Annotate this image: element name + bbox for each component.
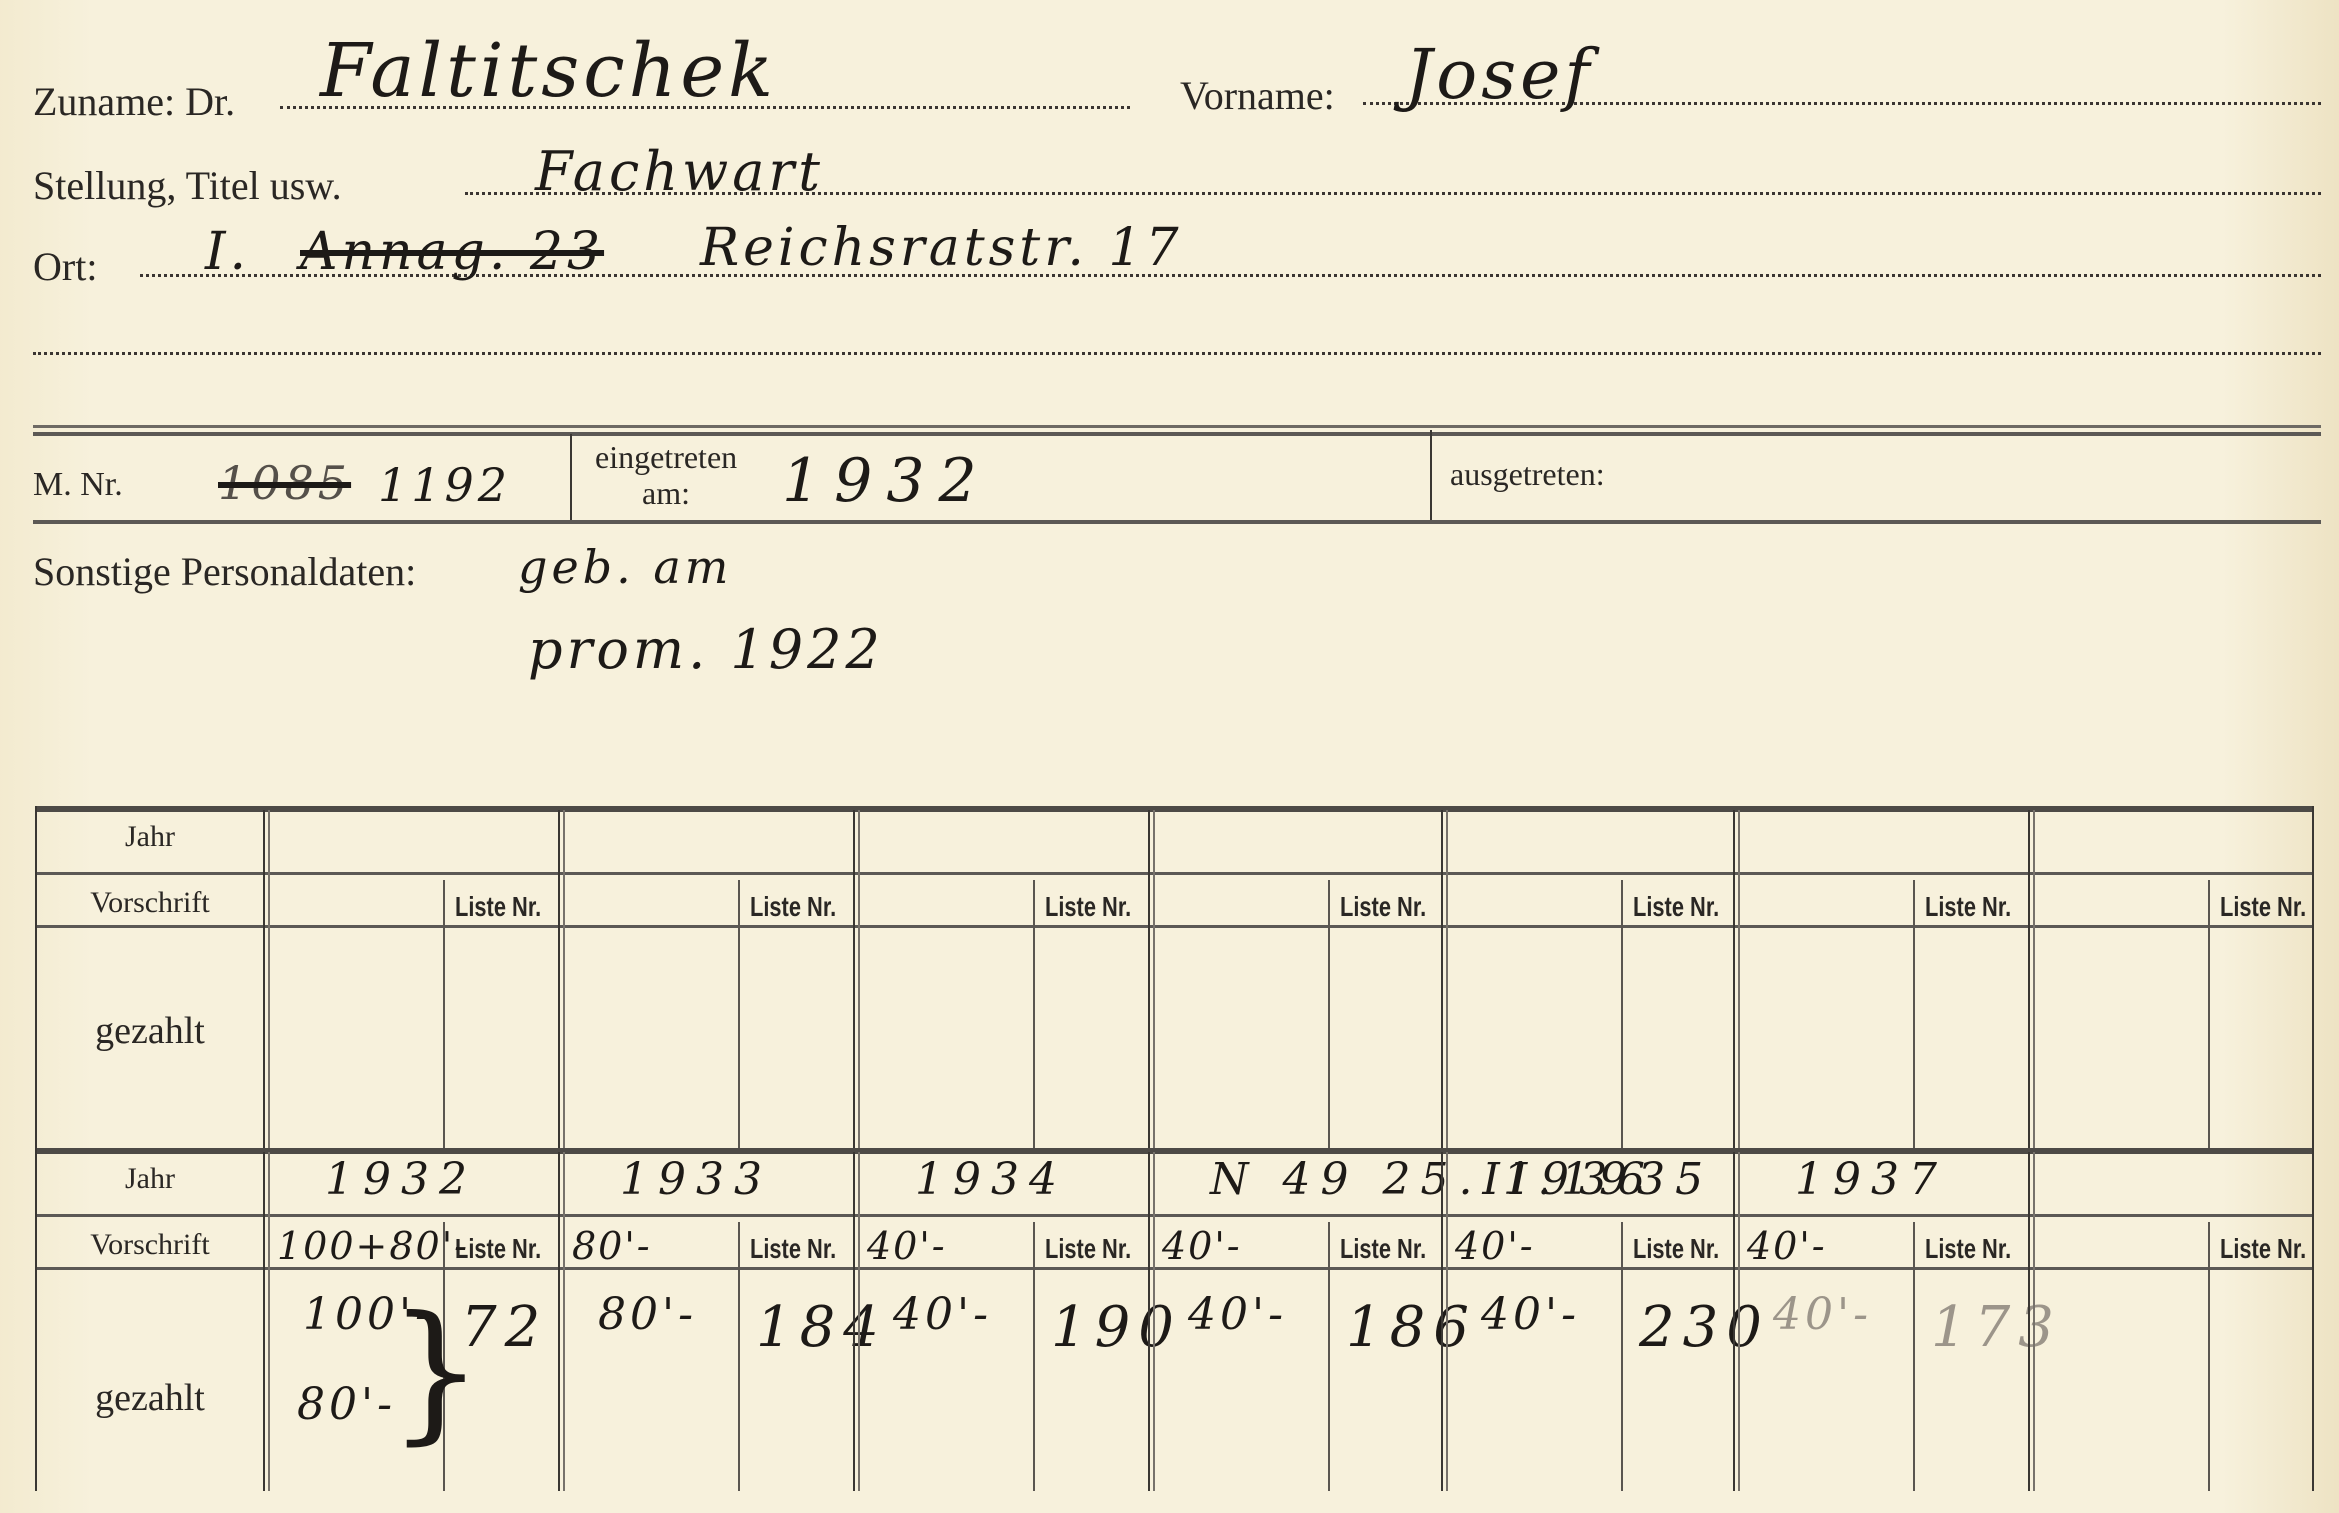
list-no-header: Liste Nr.: [750, 1233, 836, 1265]
list-no-header: Liste Nr.: [2220, 1233, 2306, 1265]
row-label-year: Jahr: [35, 820, 265, 854]
row-label-paid: gezahlt: [35, 1376, 265, 1420]
firstname-value[interactable]: Josef: [1405, 36, 1594, 115]
prescribed-cell[interactable]: 40'-: [1747, 1224, 1827, 1268]
column-divider: [1441, 1152, 1448, 1491]
position-label: Stellung, Titel usw.: [33, 162, 342, 209]
list-no-header: Liste Nr.: [455, 891, 541, 923]
list-no-divider: [2208, 880, 2210, 1149]
column-divider: [1733, 1152, 1740, 1491]
surname-value[interactable]: Faltitschek: [320, 28, 777, 114]
year-cell[interactable]: 1932: [325, 1154, 477, 1205]
list-no-cell[interactable]: 186: [1346, 1295, 1477, 1360]
band-top-rule: [33, 432, 2321, 436]
list-no-header: Liste Nr.: [1045, 1233, 1131, 1265]
paid-cell[interactable]: 80'-: [598, 1289, 697, 1340]
other-label: Sonstige Personaldaten:: [33, 548, 416, 595]
place-prefix: I.: [205, 222, 250, 282]
list-no-cell[interactable]: 230: [1639, 1295, 1770, 1360]
column-divider: [558, 810, 565, 1149]
table-top-rule: [35, 806, 2312, 812]
paid-cell[interactable]: 40'-: [1773, 1289, 1872, 1340]
member-no-label: M. Nr.: [33, 466, 123, 504]
column-divider: [1148, 1152, 1155, 1491]
list-no-divider: [1328, 880, 1330, 1149]
band-divider-2: [1430, 430, 1432, 522]
blank-line: [33, 352, 2321, 355]
table-left-border: [35, 806, 37, 1149]
list-no-header: Liste Nr.: [1045, 891, 1131, 923]
prescribed-cell[interactable]: 80'-: [572, 1224, 652, 1268]
column-divider: [2028, 810, 2035, 1149]
row-label-paid: gezahlt: [35, 1009, 265, 1053]
column-divider: [1441, 810, 1448, 1149]
list-no-divider: [1913, 880, 1915, 1149]
list-no-header: Liste Nr.: [1633, 891, 1719, 923]
firstname-label: Vorname:: [1180, 72, 1335, 119]
column-divider: [263, 1152, 270, 1491]
column-divider: [558, 1152, 565, 1491]
list-no-cell[interactable]: 173: [1931, 1295, 2062, 1360]
paid-cell[interactable]: 40'-: [1481, 1289, 1580, 1340]
column-divider: [263, 810, 270, 1149]
place-label: Ort:: [33, 243, 97, 290]
band-divider-1: [570, 434, 572, 522]
paid-cell[interactable]: 40'-: [893, 1289, 992, 1340]
list-no-header: Liste Nr.: [1340, 1233, 1426, 1265]
prescribed-cell[interactable]: 40'-: [1162, 1224, 1242, 1268]
list-no-divider: [2208, 1222, 2210, 1491]
joined-label-1: eingetreten: [595, 442, 737, 472]
list-no-cell[interactable]: 184: [756, 1295, 887, 1360]
list-no-divider: [1033, 880, 1035, 1149]
year-cell[interactable]: 1933: [620, 1154, 772, 1205]
list-no-header: Liste Nr.: [2220, 891, 2306, 923]
list-no-cell[interactable]: 190: [1051, 1295, 1182, 1360]
member-no-value[interactable]: 1192: [378, 458, 511, 512]
year-cell[interactable]: 1934: [915, 1154, 1067, 1205]
list-no-header: Liste Nr.: [1633, 1233, 1719, 1265]
paid-cell-2[interactable]: 80'-: [297, 1379, 396, 1430]
row-label-prescribed: Vorschrift: [35, 886, 265, 920]
list-no-header: Liste Nr.: [750, 891, 836, 923]
joined-label-2: am:: [642, 478, 690, 508]
table-right-border: [2312, 1148, 2314, 1491]
place-struck-value: Annag. 23: [300, 222, 604, 282]
blank-line-2: [33, 425, 2321, 428]
table-right-border: [2312, 806, 2314, 1149]
list-no-header: Liste Nr.: [1340, 891, 1426, 923]
table-left-border: [35, 1148, 37, 1491]
band-bottom-rule: [33, 520, 2321, 524]
table-rule-year: [35, 1214, 2312, 1217]
list-no-divider: [738, 880, 740, 1149]
column-divider: [1148, 810, 1155, 1149]
list-no-divider: [738, 1222, 740, 1491]
other-line-1[interactable]: geb. am: [518, 540, 732, 594]
surname-label: Zuname: Dr.: [33, 78, 235, 125]
list-no-header: Liste Nr.: [1925, 1233, 2011, 1265]
paid-cell[interactable]: 40'-: [1188, 1289, 1287, 1340]
column-divider: [1733, 810, 1740, 1149]
column-divider: [853, 810, 860, 1149]
list-no-divider: [1621, 880, 1623, 1149]
joined-value[interactable]: 1932: [782, 446, 991, 516]
list-no-divider: [1621, 1222, 1623, 1491]
column-divider: [853, 1152, 860, 1491]
row-label-prescribed: Vorschrift: [35, 1228, 265, 1262]
list-no-header: Liste Nr.: [1925, 891, 2011, 923]
list-no-divider: [1033, 1222, 1035, 1491]
place-value[interactable]: Reichsratstr. 17: [700, 218, 1183, 278]
column-divider: [2028, 1152, 2035, 1491]
list-no-divider: [1328, 1222, 1330, 1491]
row-label-year: Jahr: [35, 1162, 265, 1196]
list-no-divider: [443, 880, 445, 1149]
table-rule-prescribed: [35, 925, 2312, 928]
prescribed-cell[interactable]: 40'-: [1455, 1224, 1535, 1268]
prescribed-cell[interactable]: 100+80'-: [277, 1224, 469, 1268]
member-no-struck: 1085: [218, 456, 351, 510]
table-rule-year: [35, 872, 2312, 875]
position-value[interactable]: Fachwart: [535, 140, 824, 203]
left-label: ausgetreten:: [1450, 456, 1605, 493]
other-line-2[interactable]: prom. 1922: [528, 618, 884, 681]
list-no-divider: [1913, 1222, 1915, 1491]
prescribed-cell[interactable]: 40'-: [867, 1224, 947, 1268]
year-cell[interactable]: 1937: [1795, 1154, 1947, 1205]
brace-icon: }: [388, 1285, 483, 1459]
year-cell[interactable]: 1936: [1503, 1154, 1655, 1205]
